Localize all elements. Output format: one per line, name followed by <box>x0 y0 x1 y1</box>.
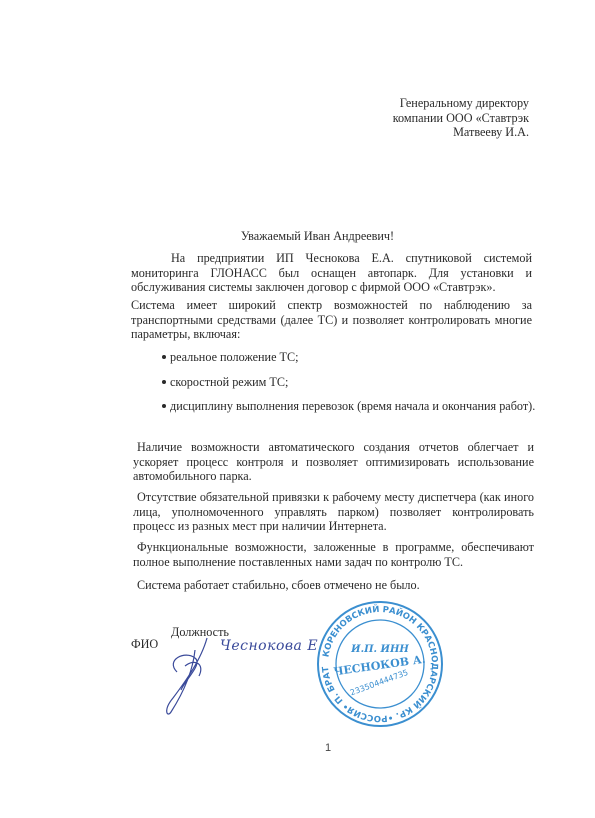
paragraph-reports: Наличие возможности автоматического созд… <box>133 440 534 484</box>
company-stamp-icon: КОРЕНОВСКИЙ РАЙОН КРАСНОДАРСКИЙ КР. •РОС… <box>316 600 444 728</box>
svg-text:И.П. ИНН: И.П. ИНН <box>350 644 409 655</box>
list-item: скоростной режим ТС; <box>162 375 535 400</box>
paragraph-capabilities: Система имеет широкий спектр возможносте… <box>131 298 532 342</box>
list-item: реальное положение ТС; <box>162 350 535 375</box>
paragraph-intro: На предприятии ИП Чеснокова Е.А. спутник… <box>131 251 532 295</box>
paragraph-remote-access: Отсутствие обязательной привязки к рабоч… <box>133 490 534 534</box>
addressee-line-3: Матвееву И.А. <box>393 125 529 140</box>
capabilities-list: реальное положение ТС; скоростной режим … <box>162 350 535 424</box>
bullet-icon <box>162 404 166 408</box>
addressee-line-1: Генеральному директору <box>393 96 529 111</box>
page-number: 1 <box>325 742 331 754</box>
handwritten-signature-name: Чеснокова Е <box>220 638 318 654</box>
list-item: дисциплину выполнения перевозок (время н… <box>162 399 535 424</box>
paragraph-stability: Система работает стабильно, сбоев отмече… <box>133 578 534 593</box>
bullet-icon <box>162 380 166 384</box>
addressee-block: Генеральному директору компании ООО «Ста… <box>393 96 529 140</box>
addressee-line-2: компании ООО «Ставтрэк <box>393 111 529 126</box>
svg-text:ЧЕСНОКОВ А.: ЧЕСНОКОВ А. <box>333 653 427 679</box>
salutation: Уважаемый Иван Андреевич! <box>0 229 595 244</box>
bullet-icon <box>162 355 166 359</box>
paragraph-functionality: Функциональные возможности, заложенные в… <box>133 540 534 569</box>
